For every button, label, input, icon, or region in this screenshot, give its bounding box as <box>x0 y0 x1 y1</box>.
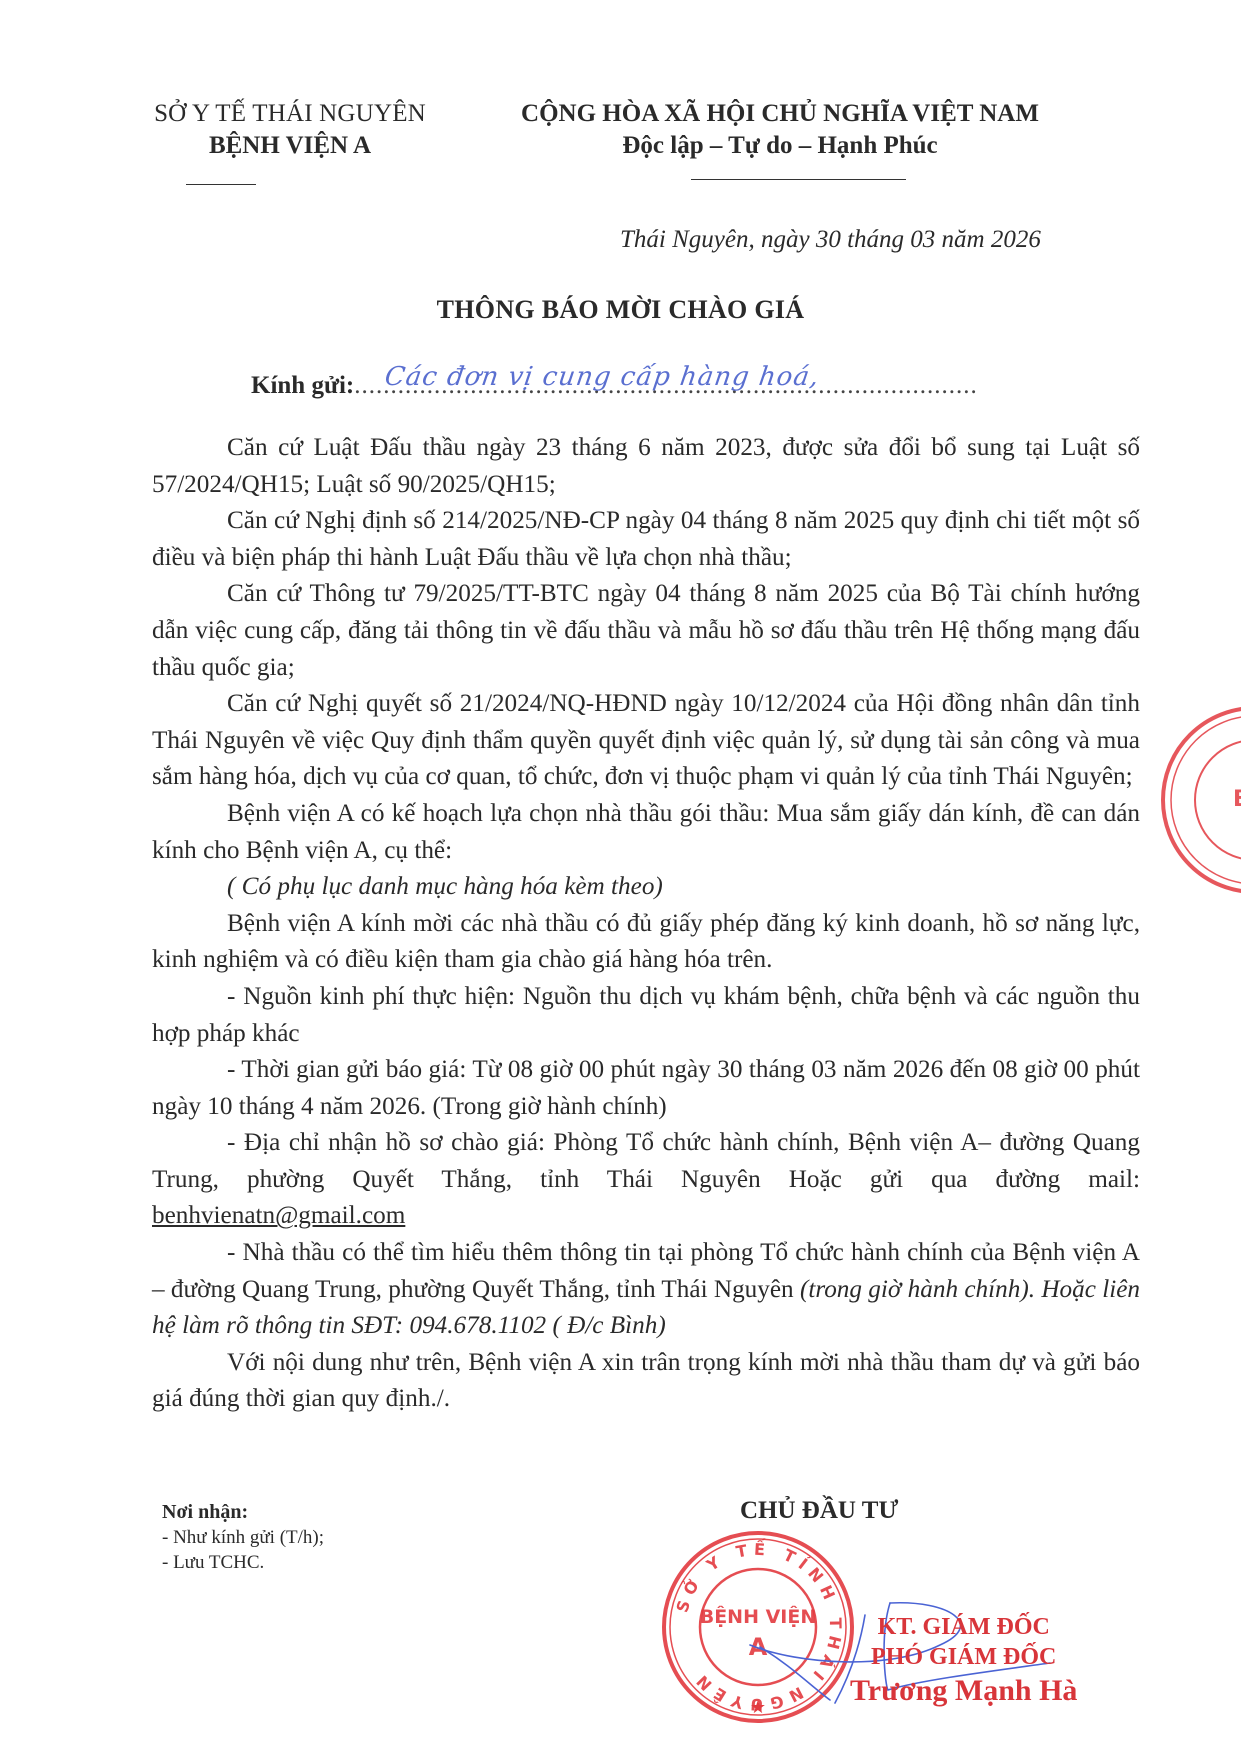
submission-address: - Địa chỉ nhận hồ sơ chào giá: Phòng Tổ … <box>152 1125 1140 1235</box>
submission-address-text: - Địa chỉ nhận hồ sơ chào giá: Phòng Tổ … <box>152 1129 1140 1193</box>
legal-basis-resolution: Căn cứ Nghị quyết số 21/2024/NQ-HĐND ngà… <box>152 686 1140 796</box>
legal-basis-decree: Căn cứ Nghị định số 214/2025/NĐ-CP ngày … <box>152 503 1140 576</box>
submission-time: - Thời gian gửi báo giá: Từ 08 giờ 00 ph… <box>152 1052 1140 1125</box>
svg-text:BỆNH VIỆN: BỆNH VIỆN <box>1233 785 1241 812</box>
handwritten-recipient: Các đơn vị cung cấp hàng hoá, <box>383 362 821 392</box>
parent-organization: SỞ Y TẾ THÁI NGUYÊN <box>130 98 450 130</box>
national-heading: CỘNG HÒA XÃ HỘI CHỦ NGHĨA VIỆT NAM Độc l… <box>470 98 1090 162</box>
recipients-block: Nơi nhận: - Như kính gửi (T/h); - Lưu TC… <box>162 1500 324 1575</box>
email-link[interactable]: benhvienatn@gmail.com <box>152 1202 405 1229</box>
funding-source: - Nguồn kinh phí thực hiện: Nguồn thu dị… <box>152 979 1140 1052</box>
document-title: THÔNG BÁO MỜI CHÀO GIÁ <box>0 295 1241 325</box>
closing-paragraph: Với nội dung như trên, Bệnh viện A xin t… <box>152 1345 1140 1418</box>
country-name: CỘNG HÒA XÃ HỘI CHỦ NGHĨA VIỆT NAM <box>470 98 1090 130</box>
header-left-rule <box>186 184 256 185</box>
signatory-title-line1: KT. GIÁM ĐỐC <box>850 1612 1077 1642</box>
recipient-item: - Như kính gửi (T/h); <box>162 1525 324 1550</box>
signatory-title-line2: PHÓ GIÁM ĐỐC <box>850 1642 1077 1672</box>
edge-seal-stamp: BỆNH VIỆN <box>1155 700 1241 900</box>
document-body: Căn cứ Luật Đấu thầu ngày 23 tháng 6 năm… <box>152 430 1140 1418</box>
header-right-rule <box>691 179 906 180</box>
issuing-unit: BỆNH VIỆN A <box>130 130 450 162</box>
contact-info: - Nhà thầu có thể tìm hiểu thêm thông ti… <box>152 1235 1140 1345</box>
recipient-label: Kính gửi: <box>251 372 354 399</box>
recipients-heading: Nơi nhận: <box>162 1500 324 1525</box>
signatory-name: Trương Mạnh Hà <box>850 1672 1077 1710</box>
issuing-authority: SỞ Y TẾ THÁI NGUYÊN BỆNH VIỆN A <box>130 98 450 162</box>
national-motto: Độc lập – Tự do – Hạnh Phúc <box>470 130 1090 162</box>
investor-role: CHỦ ĐẦU TƯ <box>740 1497 898 1525</box>
signatory-block: KT. GIÁM ĐỐC PHÓ GIÁM ĐỐC Trương Mạnh Hà <box>850 1612 1077 1710</box>
legal-basis-law: Căn cứ Luật Đấu thầu ngày 23 tháng 6 năm… <box>152 430 1140 503</box>
invitation-paragraph: Bệnh viện A kính mời các nhà thầu có đủ … <box>152 906 1140 979</box>
recipient-item: - Lưu TCHC. <box>162 1550 324 1575</box>
procurement-plan: Bệnh viện A có kế hoạch lựa chọn nhà thầ… <box>152 796 1140 869</box>
date-line: Thái Nguyên, ngày 30 tháng 03 năm 2026 <box>620 226 1120 254</box>
appendix-note: ( Có phụ lục danh mục hàng hóa kèm theo) <box>152 869 1140 906</box>
legal-basis-circular: Căn cứ Thông tư 79/2025/TT-BTC ngày 04 t… <box>152 576 1140 686</box>
